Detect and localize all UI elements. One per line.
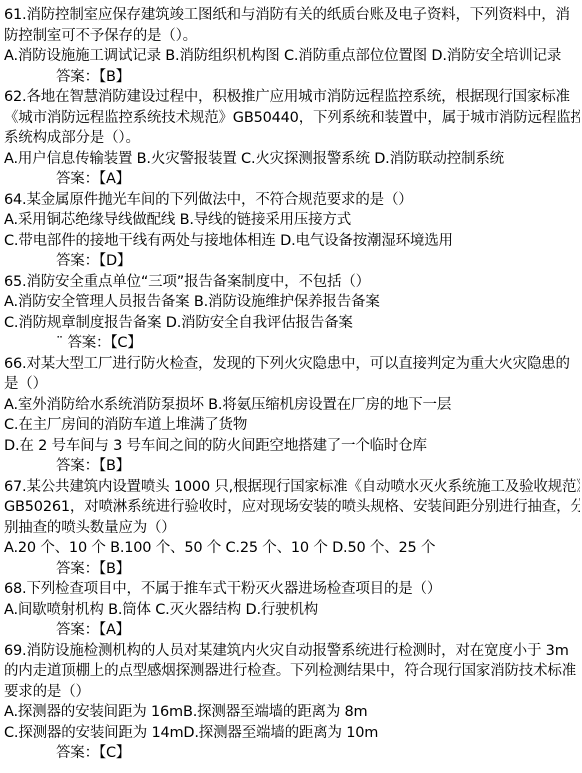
q69-stem-line-3: 要求的是（） bbox=[4, 682, 580, 703]
q61-stem-line-2: 防控制室可不予保存的是（）。 bbox=[4, 26, 580, 47]
q62-answer-line: 答案：【A】 bbox=[4, 169, 580, 190]
question-68: 68.下列检查项目中，不属于推车式干粉灭火器进场检查项目的是（） A.间歇喷射机… bbox=[4, 579, 580, 641]
q62-stem-line-1: 62.各地在智慧消防建设过程中，积极推广应用城市消防远程监控系统，根据现行国家标… bbox=[4, 87, 580, 108]
q66-options-line-2: C.在主厂房间的消防车道上堆满了货物 bbox=[4, 415, 580, 436]
q61-options-line: A.消防设施施工调试记录 B.消防组织机构图 C.消防重点部位位置图 D.消防安… bbox=[4, 46, 580, 67]
q66-answer-line: 答案：【B】 bbox=[4, 456, 580, 477]
q69-options-line-1: A.探测器的安装间距为 16mB.探测器至端墙的距离为 8m bbox=[4, 702, 580, 723]
question-69: 69.消防设施检测机构的人员对某建筑内火灾自动报警系统进行检测时，对在宽度小于 … bbox=[4, 641, 580, 764]
q64-options-line-1: A.采用铜芯绝缘导线做配线 B.导线的链接采用压接方式 bbox=[4, 210, 580, 231]
q66-stem-line-1: 66.对某大型工厂进行防火检查，发现的下列火灾隐患中，可以直接判定为重大火灾隐患… bbox=[4, 354, 580, 375]
q65-stem-line-1: 65.消防安全重点单位“三项”报告备案制度中，不包括（） bbox=[4, 272, 580, 293]
q67-stem-line-3: 别抽查的喷头数量应为（） bbox=[4, 518, 580, 539]
q61-answer-line: 答案：【B】 bbox=[4, 67, 580, 88]
question-61: 61.消防控制室应保存建筑竣工图纸和与消防有关的纸质台账及电子资料，下列资料中，… bbox=[4, 5, 580, 87]
q68-options-line: A.间歇喷射机构 B.筒体 C.灭火器结构 D.行驶机构 bbox=[4, 600, 580, 621]
q62-stem-line-2: 《城市消防远程监控系统技术规范》GB50440，下列系统和装置中，属于城市消防远… bbox=[4, 108, 580, 129]
q68-answer-line: 答案：【A】 bbox=[4, 620, 580, 641]
question-62: 62.各地在智慧消防建设过程中，积极推广应用城市消防远程监控系统，根据现行国家标… bbox=[4, 87, 580, 190]
q62-options-line: A.用户信息传输装置 B.火灾警报装置 C.火灾探测报警系统 D.消防联动控制系… bbox=[4, 149, 580, 170]
q61-stem-line-1: 61.消防控制室应保存建筑竣工图纸和与消防有关的纸质台账及电子资料，下列资料中，… bbox=[4, 5, 580, 26]
q68-stem-line-1: 68.下列检查项目中，不属于推车式干粉灭火器进场检查项目的是（） bbox=[4, 579, 580, 600]
question-65: 65.消防安全重点单位“三项”报告备案制度中，不包括（） A.消防安全管理人员报… bbox=[4, 272, 580, 354]
q65-options-line-2: C.消防规章制度报告备案 D.消防安全自我评估报告备案 bbox=[4, 313, 580, 334]
exam-document-page: 61.消防控制室应保存建筑竣工图纸和与消防有关的纸质台账及电子资料，下列资料中，… bbox=[0, 0, 582, 773]
question-66: 66.对某大型工厂进行防火检查，发现的下列火灾隐患中，可以直接判定为重大火灾隐患… bbox=[4, 354, 580, 477]
q69-options-line-2: C.探测器的安装间距为 14mD.探测器至端墙的距离为 10m bbox=[4, 723, 580, 744]
q64-answer-line: 答案：【D】 bbox=[4, 251, 580, 272]
question-67: 67.某公共建筑内设置喷头 1000 只,根据现行国家标准《自动喷水灭火系统施工… bbox=[4, 477, 580, 580]
q66-options-line-3: D.在 2 号车间与 3 号车间之间的防火间距空地搭建了一个临时仓库 bbox=[4, 436, 580, 457]
q67-stem-line-2: GB50261，对喷淋系统进行验收时，应对现场安装的喷头规格、安装间距分别进行抽… bbox=[4, 497, 580, 518]
q64-stem-line-1: 64.某金属原件抛光车间的下列做法中，不符合规范要求的是（） bbox=[4, 190, 580, 211]
q69-answer-line: 答案：【C】 bbox=[4, 743, 580, 764]
q67-options-line: A.20 个、10 个 B.100 个、50 个 C.25 个、10 个 D.5… bbox=[4, 538, 580, 559]
q62-stem-line-3: 系统构成部分是（）。 bbox=[4, 128, 580, 149]
question-64: 64.某金属原件抛光车间的下列做法中，不符合规范要求的是（） A.采用铜芯绝缘导… bbox=[4, 190, 580, 272]
q69-stem-line-2: 的内走道顶棚上的点型感烟探测器进行检查。下列检测结果中，符合现行国家消防技术标准 bbox=[4, 661, 580, 682]
q64-options-line-2: C.带电部件的接地干线有两处与接地体相连 D.电气设备按潮湿环境选用 bbox=[4, 231, 580, 252]
q66-options-line-1: A.室外消防给水系统消防泵损坏 B.将氨压缩机房设置在厂房的地下一层 bbox=[4, 395, 580, 416]
q65-options-line-1: A.消防安全管理人员报告备案 B.消防设施维护保养报告备案 bbox=[4, 292, 580, 313]
q67-stem-line-1: 67.某公共建筑内设置喷头 1000 只,根据现行国家标准《自动喷水灭火系统施工… bbox=[4, 477, 580, 498]
q69-stem-line-1: 69.消防设施检测机构的人员对某建筑内火灾自动报警系统进行检测时，对在宽度小于 … bbox=[4, 641, 580, 662]
q67-answer-line: 答案：【B】 bbox=[4, 559, 580, 580]
q66-stem-line-2: 是（） bbox=[4, 374, 580, 395]
q65-answer-line: ¨ 答案：【C】 bbox=[4, 333, 580, 354]
